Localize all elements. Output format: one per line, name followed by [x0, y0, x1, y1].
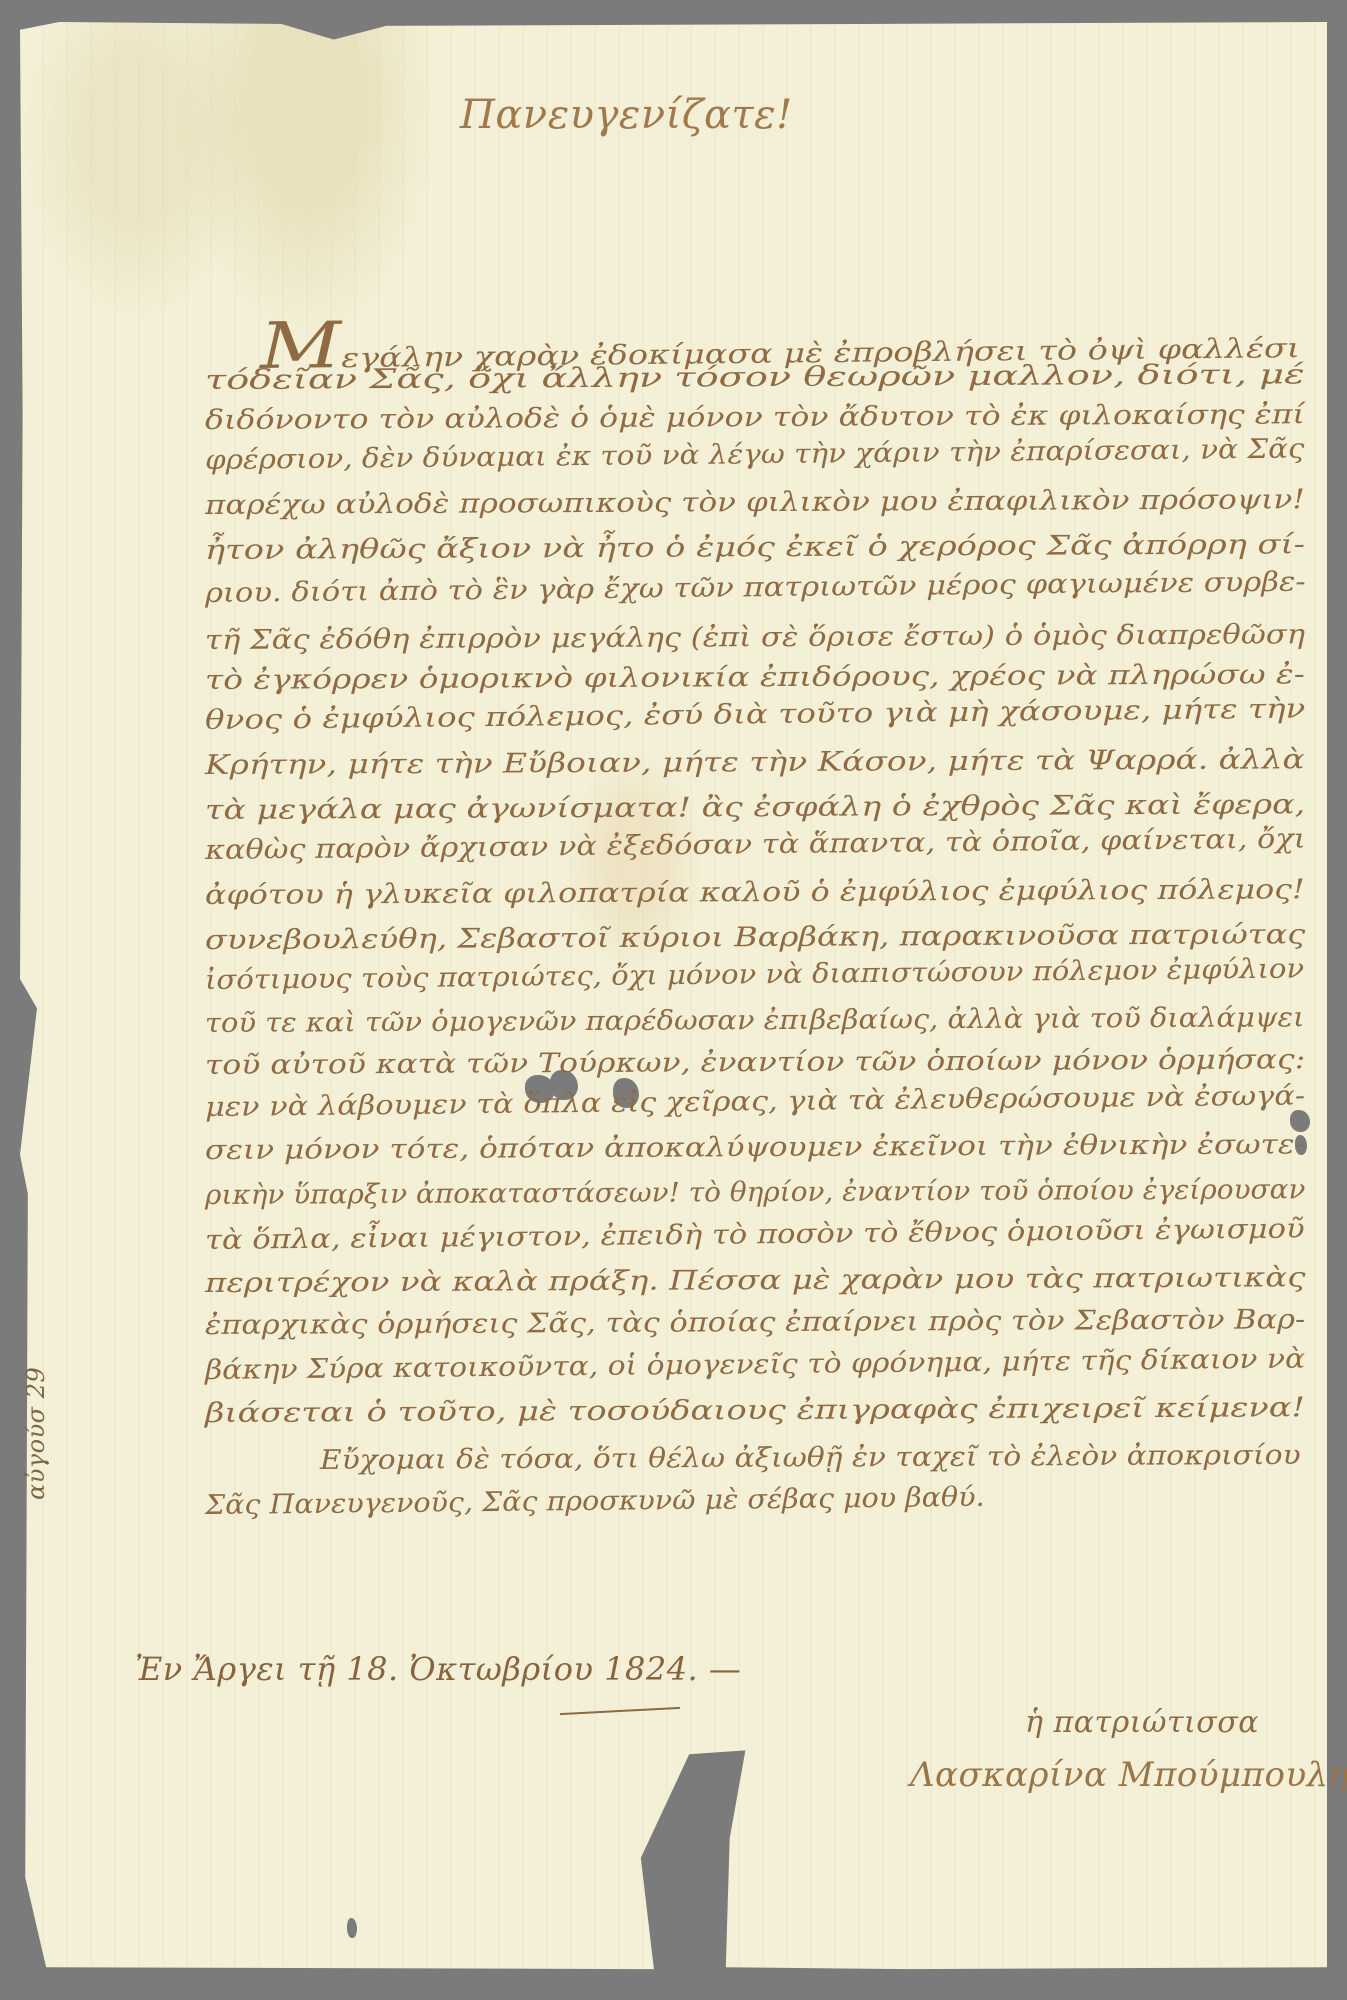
letter-line: σειν μόνον τότε, ὁπόταν ἀποκαλύψουμεν ἐκ…	[205, 1129, 1305, 1166]
letter-line: Κρήτην, μήτε τὴν Εὔβοιαν, μήτε τὴν Κάσον…	[205, 744, 1305, 781]
letter-line: τὰ μεγάλα μας ἀγωνίσματα! ἂς ἐσφάλη ὁ ἐχ…	[205, 789, 1305, 826]
letter-line: ἐπαρχικὰς ὁρμήσεις Σᾶς, τὰς ὁποίας ἐπαίρ…	[205, 1304, 1305, 1341]
letter-line: περιτρέχον νὰ καλὰ πράξη. Πέσσα μὲ χαρὰν…	[205, 1262, 1306, 1299]
letter-line: ρικὴν ὕπαρξιν ἀποκαταστάσεων! τὸ θηρίον,…	[205, 1174, 1306, 1211]
letter-line: ἀφότου ἡ γλυκεῖα φιλοπατρία καλοῦ ὁ ἐμφύ…	[205, 874, 1305, 911]
letter-line: συνεβουλεύθη, Σεβαστοῖ κύριοι Βαρβάκη, π…	[205, 919, 1305, 956]
closing-line: ἡ πατριώτισσα	[1025, 1705, 1259, 1740]
letter-line: τοῦ τε καὶ τῶν ὁμογενῶν παρέδωσαν ἐπιβεβ…	[205, 1002, 1305, 1039]
letter-line: τοῦ αὐτοῦ κατὰ τῶν Τούρκων, ἐναντίον τῶν…	[205, 1044, 1305, 1081]
signature: Λασκαρίνα Μπούμπουλη.	[910, 1755, 1347, 1795]
letter-line: παρέχω αὐλοδὲ προσωπικοὺς τὸν φιλικὸν μο…	[205, 484, 1305, 521]
salutation: Πανευγενίζατε!	[460, 92, 793, 138]
letter-line: Εὔχομαι δὲ τόσα, ὅτι θέλω ἀξιωθῇ ἐν ταχε…	[320, 1440, 1301, 1476]
paper-hole	[347, 1918, 357, 1938]
margin-note: αὐγούσ 29	[22, 1367, 50, 1500]
letter-line: ἦτον ἀληθῶς ἄξιον νὰ ἦτο ὁ ἐμός ἐκεῖ ὁ χ…	[205, 529, 1305, 566]
letter-line: τῆ Σᾶς ἐδόθη ἐπιρρὸν μεγάλης (ἐπὶ σὲ ὅρι…	[205, 619, 1305, 656]
letter-line: διδόνοντο τὸν αὐλοδὲ ὁ ὁμὲ μόνον τὸν ἄδυ…	[205, 399, 1305, 436]
date-line: Ἐν Ἄργει τῇ 18. Ὀκτωβρίου 1824. —	[135, 1650, 741, 1688]
letter-line: τὸ ἐγκόρρεν ὁμορικνὸ φιλονικία ἐπιδόρους…	[205, 659, 1305, 696]
letter-line: βιάσεται ὁ τοῦτο, μὲ τοσούδαιους ἐπιγραφ…	[205, 1392, 1305, 1429]
letter-line: τόδεῖαν Σᾶς, ὄχι ἄλλην τόσον θεωρῶν μαλλ…	[205, 359, 1305, 396]
